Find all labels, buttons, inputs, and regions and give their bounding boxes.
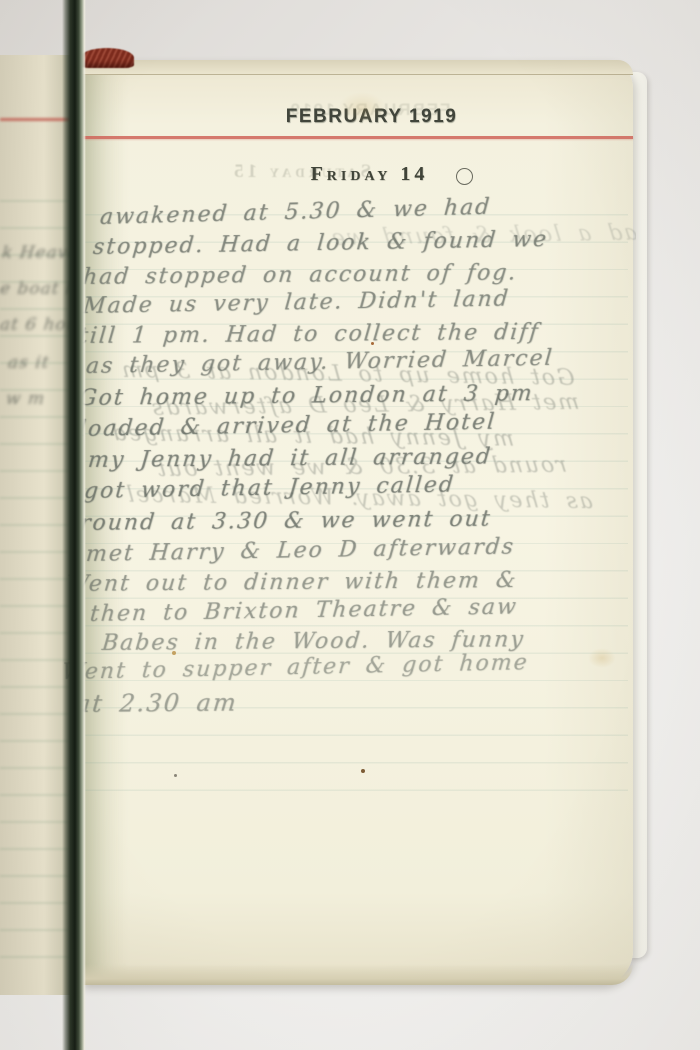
paper-speck (174, 774, 177, 777)
paper-stain (588, 648, 616, 668)
moon-phase-icon (456, 168, 473, 185)
day-header: Friday 14 (106, 163, 633, 186)
faint-ruled-lines (85, 188, 628, 802)
page-bottom-edge (80, 964, 633, 985)
page-top-edge (80, 60, 633, 75)
bookmark-ribbon (80, 48, 134, 68)
previous-page-fragment: w m (5, 389, 46, 409)
previous-page-fragment: as it (7, 353, 51, 373)
diary-page: FEBRUARY 1919 FEBRUARY 1919 Saturday 15 … (80, 60, 633, 985)
diary-photograph: k Heavense boat hadat 6 hoursas itw m FE… (0, 0, 700, 1050)
paper-stain (338, 92, 386, 124)
paper-speck (371, 342, 374, 345)
paper-speck (361, 769, 365, 773)
glass-weight-edge (62, 0, 86, 1050)
printed-red-rule (80, 136, 633, 139)
paper-speck (172, 651, 176, 655)
